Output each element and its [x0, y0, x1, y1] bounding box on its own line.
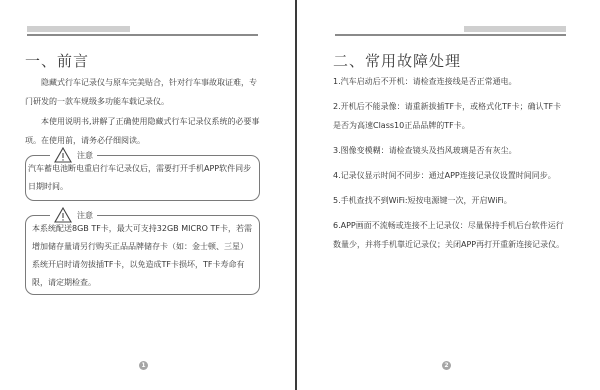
preface-paragraph: 隐藏式行车记录仪与原车完美贴合，针对行车事故取证难，专门研发的一款车规级多功能车…	[25, 73, 262, 111]
note-header: 注意	[50, 207, 97, 223]
note-label: 注意	[77, 210, 93, 221]
section-title-preface: 一、前言	[25, 50, 89, 71]
left-page: 一、前言 隐藏式行车记录仪与原车完美贴合，针对行车事故取证难，专门研发的一款车规…	[0, 0, 295, 390]
list-item: 2.开机后不能录像：请重新拔插TF卡，或格式化TF卡；确认TF卡是否为高速Cla…	[333, 97, 568, 135]
note-text: 本系统配送8GB TF卡，最大可支持32GB MICRO TF卡，若需增加储存量…	[26, 216, 259, 296]
list-item: 1.汽车启动后不开机：请检查连接线是否正常通电。	[333, 72, 568, 91]
warning-icon	[54, 147, 72, 163]
header-bar	[27, 26, 130, 32]
note-box: 注意 汽车蓄电池断电重启行车记录仪后，需要打开手机APP软件同步日期时间。	[25, 155, 260, 201]
list-item: 4.记录仪显示时间不同步：通过APP连接记录仪设置时间同步。	[333, 166, 568, 185]
list-item: 6.APP画面不流畅或连接不上记录仪：尽量保持手机后台软件运行数量少，并将手机靠…	[333, 216, 568, 254]
note-label: 注意	[77, 150, 93, 161]
warning-icon	[54, 207, 72, 223]
header-bar	[464, 26, 566, 32]
preface-paragraph: 本使用说明书,讲解了正确使用隐藏式行车记录仪系统的必要事项。在使用前，请务必仔细…	[25, 112, 262, 150]
troubleshooting-list: 1.汽车启动后不开机：请检查连接线是否正常通电。 2.开机后不能录像：请重新拔插…	[333, 72, 568, 260]
right-page: 二、常用故障处理 1.汽车启动后不开机：请检查连接线是否正常通电。 2.开机后不…	[298, 0, 600, 390]
note-header: 注意	[50, 147, 97, 163]
header-rule	[335, 34, 566, 36]
page-spine-divider	[295, 0, 297, 390]
header-rule	[27, 34, 258, 36]
note-box: 注意 本系统配送8GB TF卡，最大可支持32GB MICRO TF卡，若需增加…	[25, 215, 260, 295]
page-number: 1	[139, 361, 148, 370]
page-number: 2	[442, 361, 451, 370]
list-item: 3.图像变模糊：请检查镜头及挡风玻璃是否有灰尘。	[333, 141, 568, 160]
section-title-troubleshooting: 二、常用故障处理	[333, 50, 461, 71]
list-item: 5.手机查找不到WiFi:短按电源键一次，开启WiFi。	[333, 191, 568, 210]
